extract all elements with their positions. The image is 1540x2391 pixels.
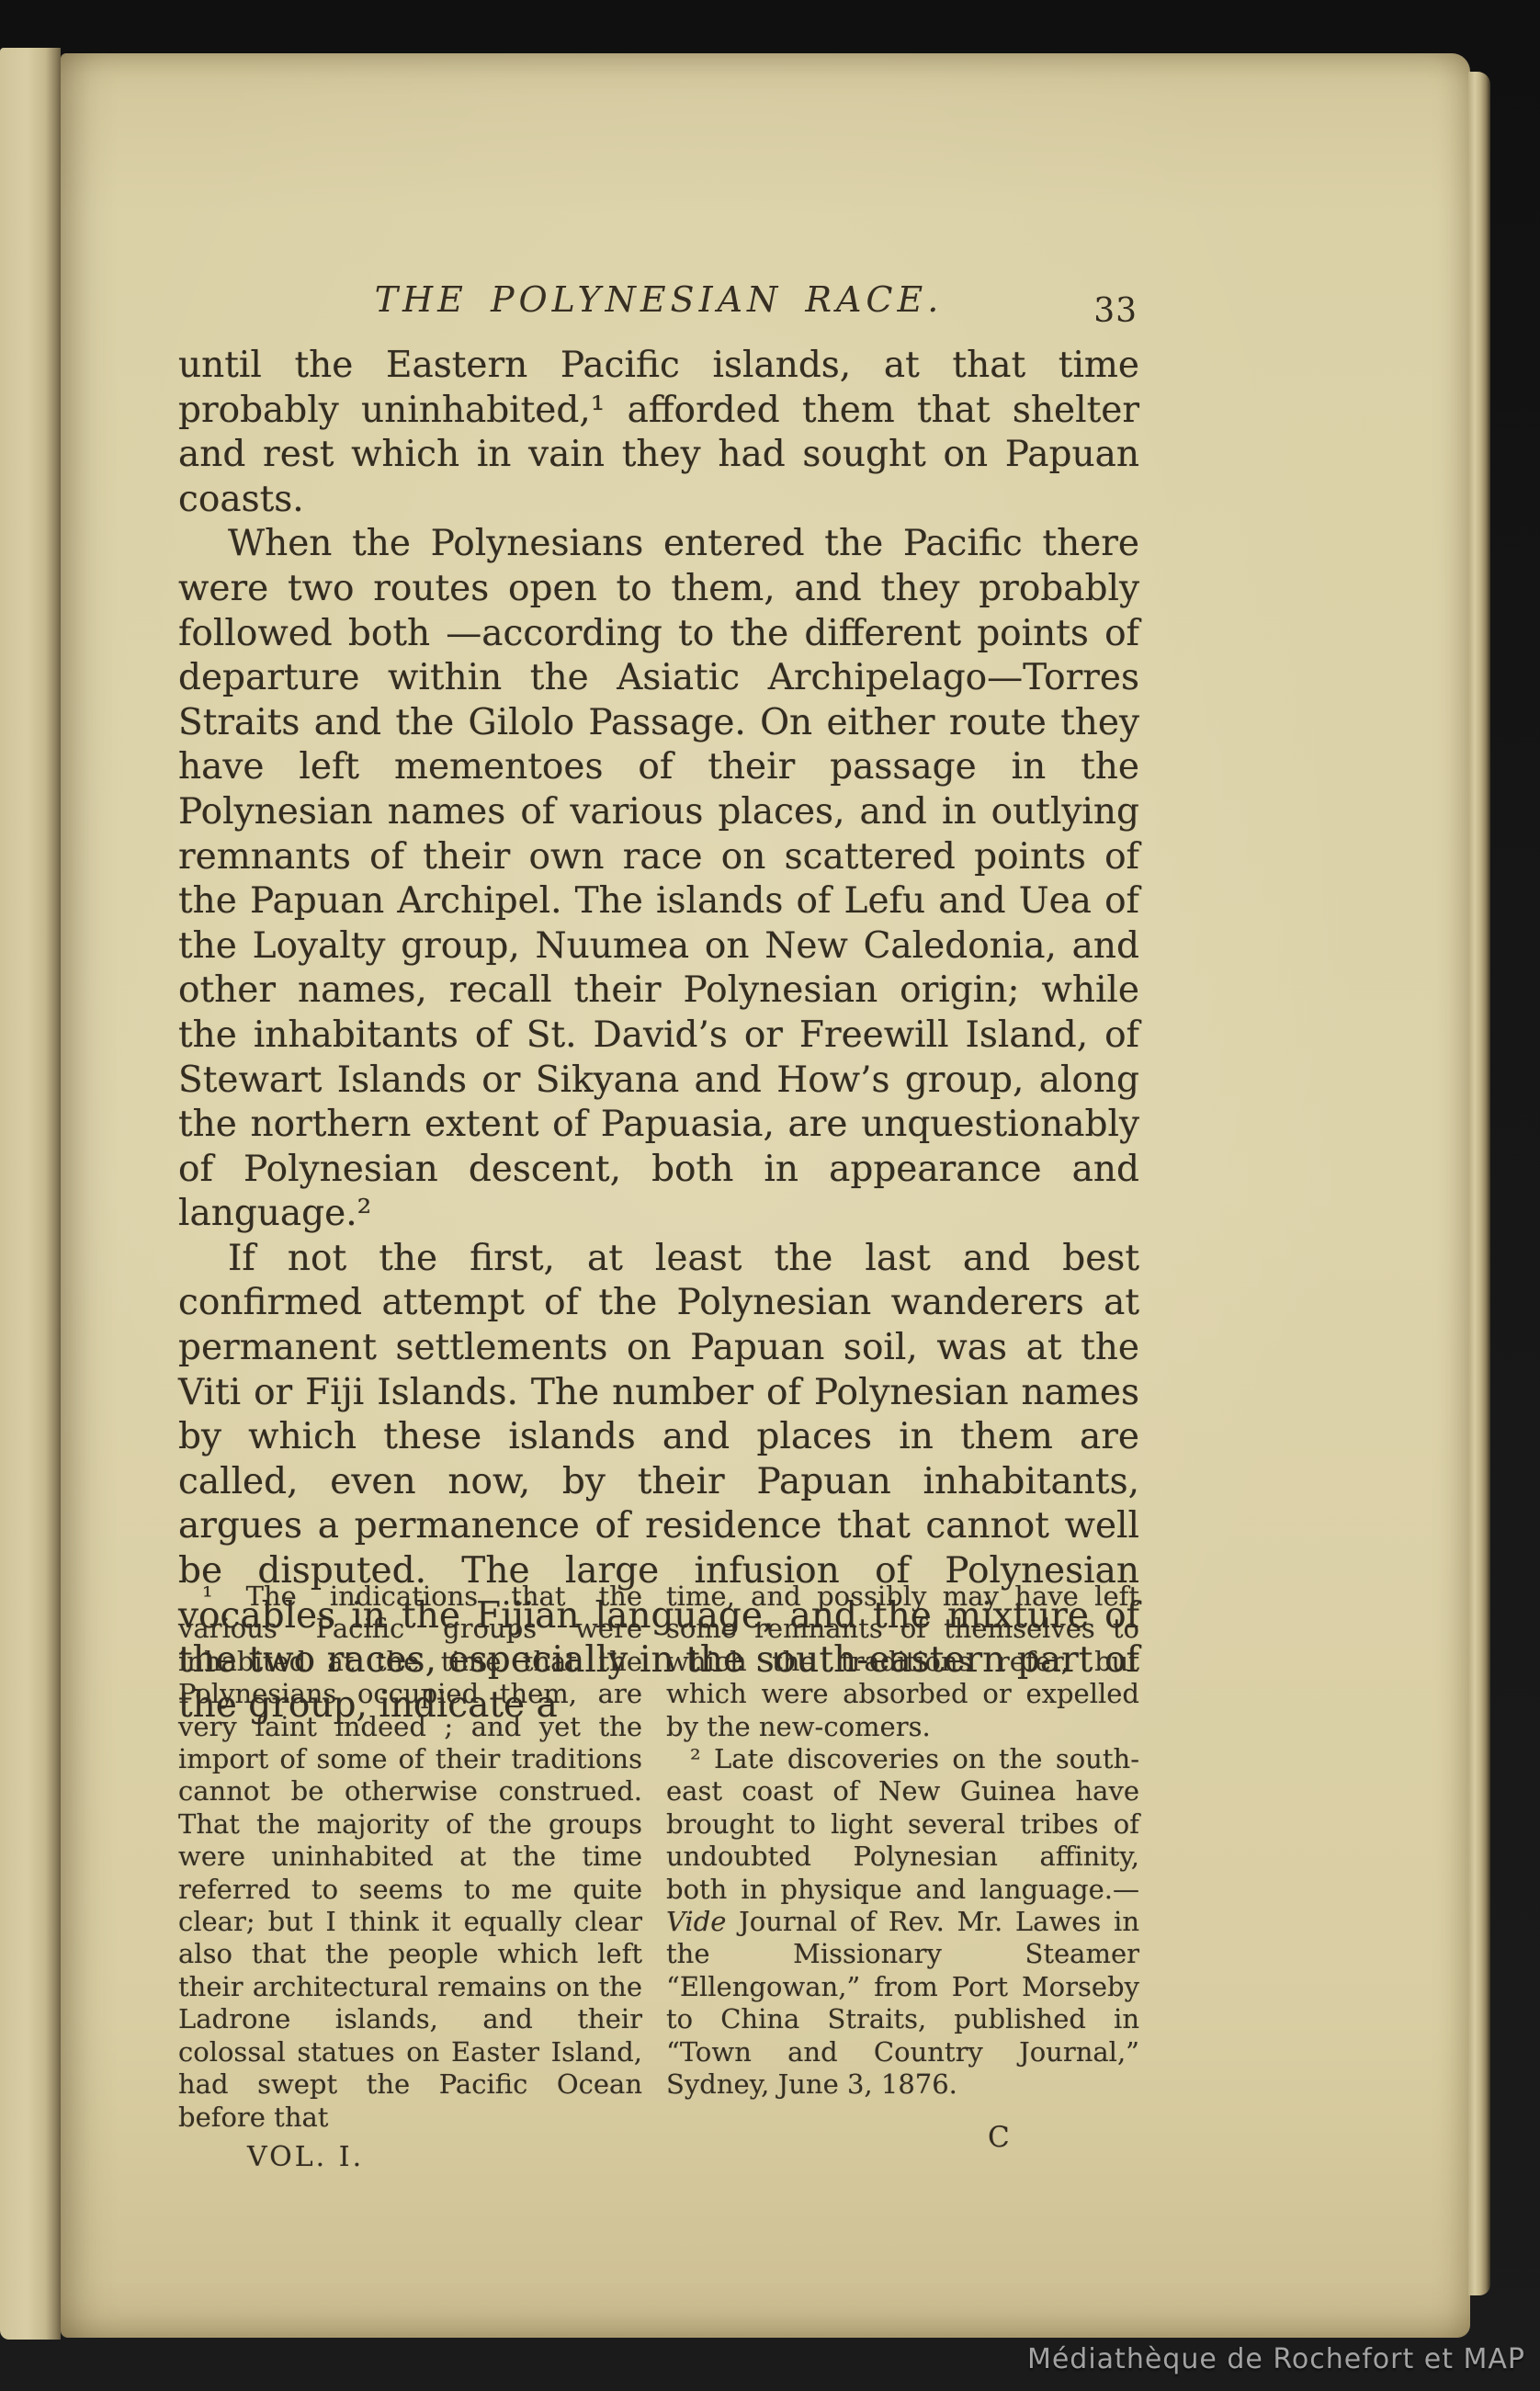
running-head: THE POLYNESIAN RACE. 33 bbox=[178, 279, 1139, 334]
footnote-2-text: ² Late discoveries on the south-east coa… bbox=[666, 1743, 1139, 2101]
footnote-column-right: time, and possibly may have left some re… bbox=[666, 1581, 1139, 2173]
footnote-1-continued: time, and possibly may have left some re… bbox=[666, 1581, 1139, 1743]
footnote-2-text-pre: ² Late discoveries on the south-east coa… bbox=[666, 1743, 1139, 1905]
footnotes-section: ¹ The indications that the various Pacif… bbox=[178, 1581, 1139, 2173]
book-page: THE POLYNESIAN RACE. 33 until the Easter… bbox=[61, 53, 1470, 2338]
facing-page-edge bbox=[0, 48, 61, 2340]
scanner-background: { "page": { "header": { "running_title":… bbox=[0, 0, 1540, 2391]
library-watermark: Médiathèque de Rochefort et MAP bbox=[1027, 2343, 1525, 2375]
body-text: until the Eastern Pacific islands, at th… bbox=[178, 344, 1139, 1728]
volume-label: VOL. I. bbox=[247, 2141, 642, 2173]
footnote-2-vide-italic: Vide bbox=[666, 1906, 726, 1937]
body-paragraph-continuation: until the Eastern Pacific islands, at th… bbox=[178, 344, 1139, 522]
footnote-1-text: ¹ The indications that the various Pacif… bbox=[178, 1581, 642, 2134]
footnote-column-left: ¹ The indications that the various Pacif… bbox=[178, 1581, 642, 2173]
signature-mark: C bbox=[988, 2122, 1139, 2154]
footnote-2-text-post: Journal of Rev. Mr. Lawes in the Mission… bbox=[666, 1906, 1139, 2100]
body-paragraph: When the Polynesians entered the Pacific… bbox=[178, 522, 1139, 1237]
page-stack-edge bbox=[1468, 72, 1490, 2295]
running-title: THE POLYNESIAN RACE. bbox=[178, 279, 1139, 320]
page-number: 33 bbox=[1093, 292, 1138, 330]
